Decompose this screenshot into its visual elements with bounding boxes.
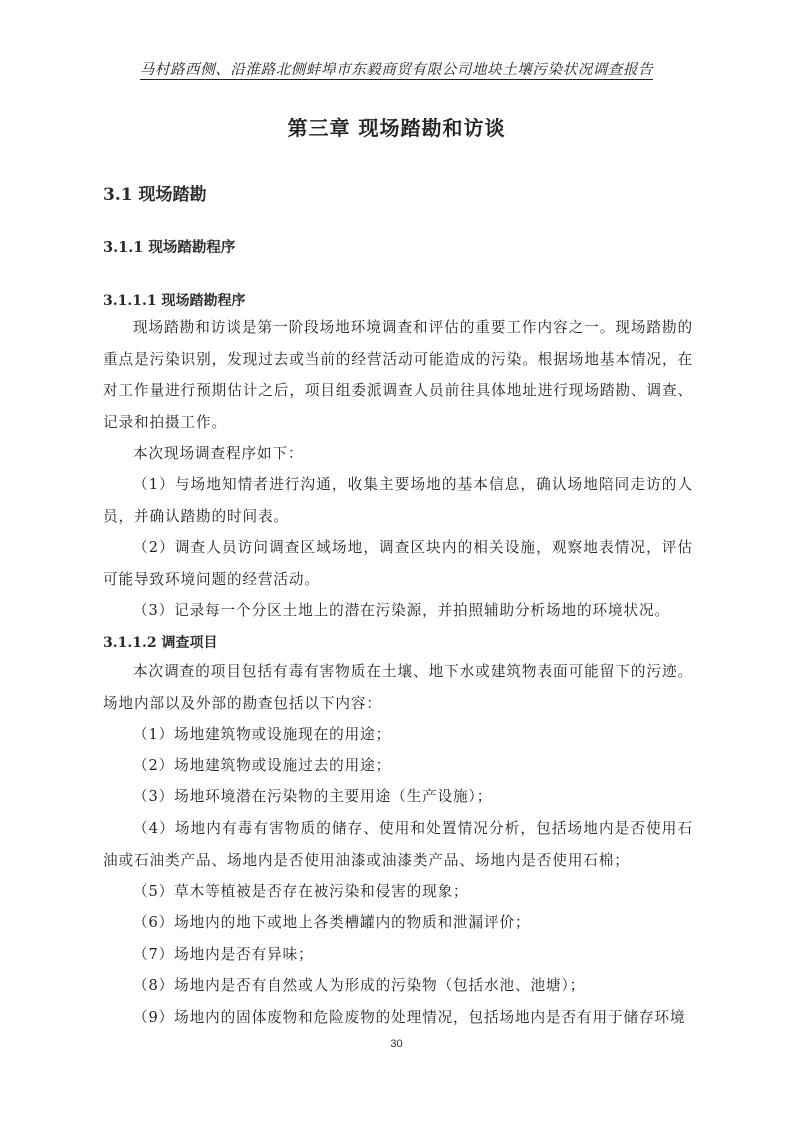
section-heading-3-1-1-2: 3.1.1.2 调查项目 bbox=[103, 632, 217, 652]
procedure-step-1: （1）与场地知情者进行沟通，收集主要场地的基本信息，确认场地陪同走访的人员，并确… bbox=[103, 469, 693, 532]
page-number: 30 bbox=[0, 1038, 793, 1050]
procedure-lead: 本次现场调查程序如下： bbox=[103, 438, 693, 470]
section-heading-3-1-1-1: 3.1.1.1 现场踏勘程序 bbox=[103, 290, 245, 310]
survey-item-7: （7）场地内是否有异味； bbox=[103, 939, 693, 971]
chapter-title: 第三章 现场踏勘和访谈 bbox=[0, 112, 793, 141]
survey-item-1: （1）场地建筑物或设施现在的用途； bbox=[103, 719, 693, 751]
survey-item-9: （9）场地内的固体废物和危险废物的处理情况，包括场地内是否有用于储存环境 bbox=[103, 1002, 693, 1034]
survey-item-2: （2）场地建筑物或设施过去的用途； bbox=[103, 750, 693, 782]
section-heading-3-1: 3.1 现场踏勘 bbox=[103, 180, 207, 205]
survey-item-6: （6）场地内的地下或地上各类槽罐内的物质和泄漏评价； bbox=[103, 907, 693, 939]
intro-paragraph: 现场踏勘和访谈是第一阶段场地环境调查和评估的重要工作内容之一。现场踏勘的重点是污… bbox=[103, 312, 693, 438]
running-header: 马村路西侧、沿淮路北侧蚌埠市东毅商贸有限公司地块土壤污染状况调查报告 bbox=[0, 58, 793, 79]
survey-item-3: （3）场地环境潜在污染物的主要用途（生产设施）； bbox=[103, 781, 693, 813]
survey-item-8: （8）场地内是否有自然或人为形成的污染物（包括水池、池塘）； bbox=[103, 970, 693, 1002]
running-header-title: 马村路西侧、沿淮路北侧蚌埠市东毅商贸有限公司地块土壤污染状况调查报告 bbox=[140, 62, 653, 80]
procedure-step-2: （2）调查人员访问调查区域场地，调查区块内的相关设施，观察地表情况，评估可能导致… bbox=[103, 532, 693, 595]
items-lead: 本次调查的项目包括有毒有害物质在土壤、地下水或建筑物表面可能留下的污迹。场地内部… bbox=[103, 656, 693, 719]
survey-item-5: （5）草木等植被是否存在被污染和侵害的现象； bbox=[103, 876, 693, 908]
section-heading-3-1-1: 3.1.1 现场踏勘程序 bbox=[103, 236, 235, 257]
procedure-step-3: （3）记录每一个分区土地上的潜在污染源，并拍照辅助分析场地的环境状况。 bbox=[103, 595, 693, 627]
survey-item-4: （4）场地内有毒有害物质的储存、使用和处置情况分析，包括场地内是否使用石油或石油… bbox=[103, 813, 693, 876]
